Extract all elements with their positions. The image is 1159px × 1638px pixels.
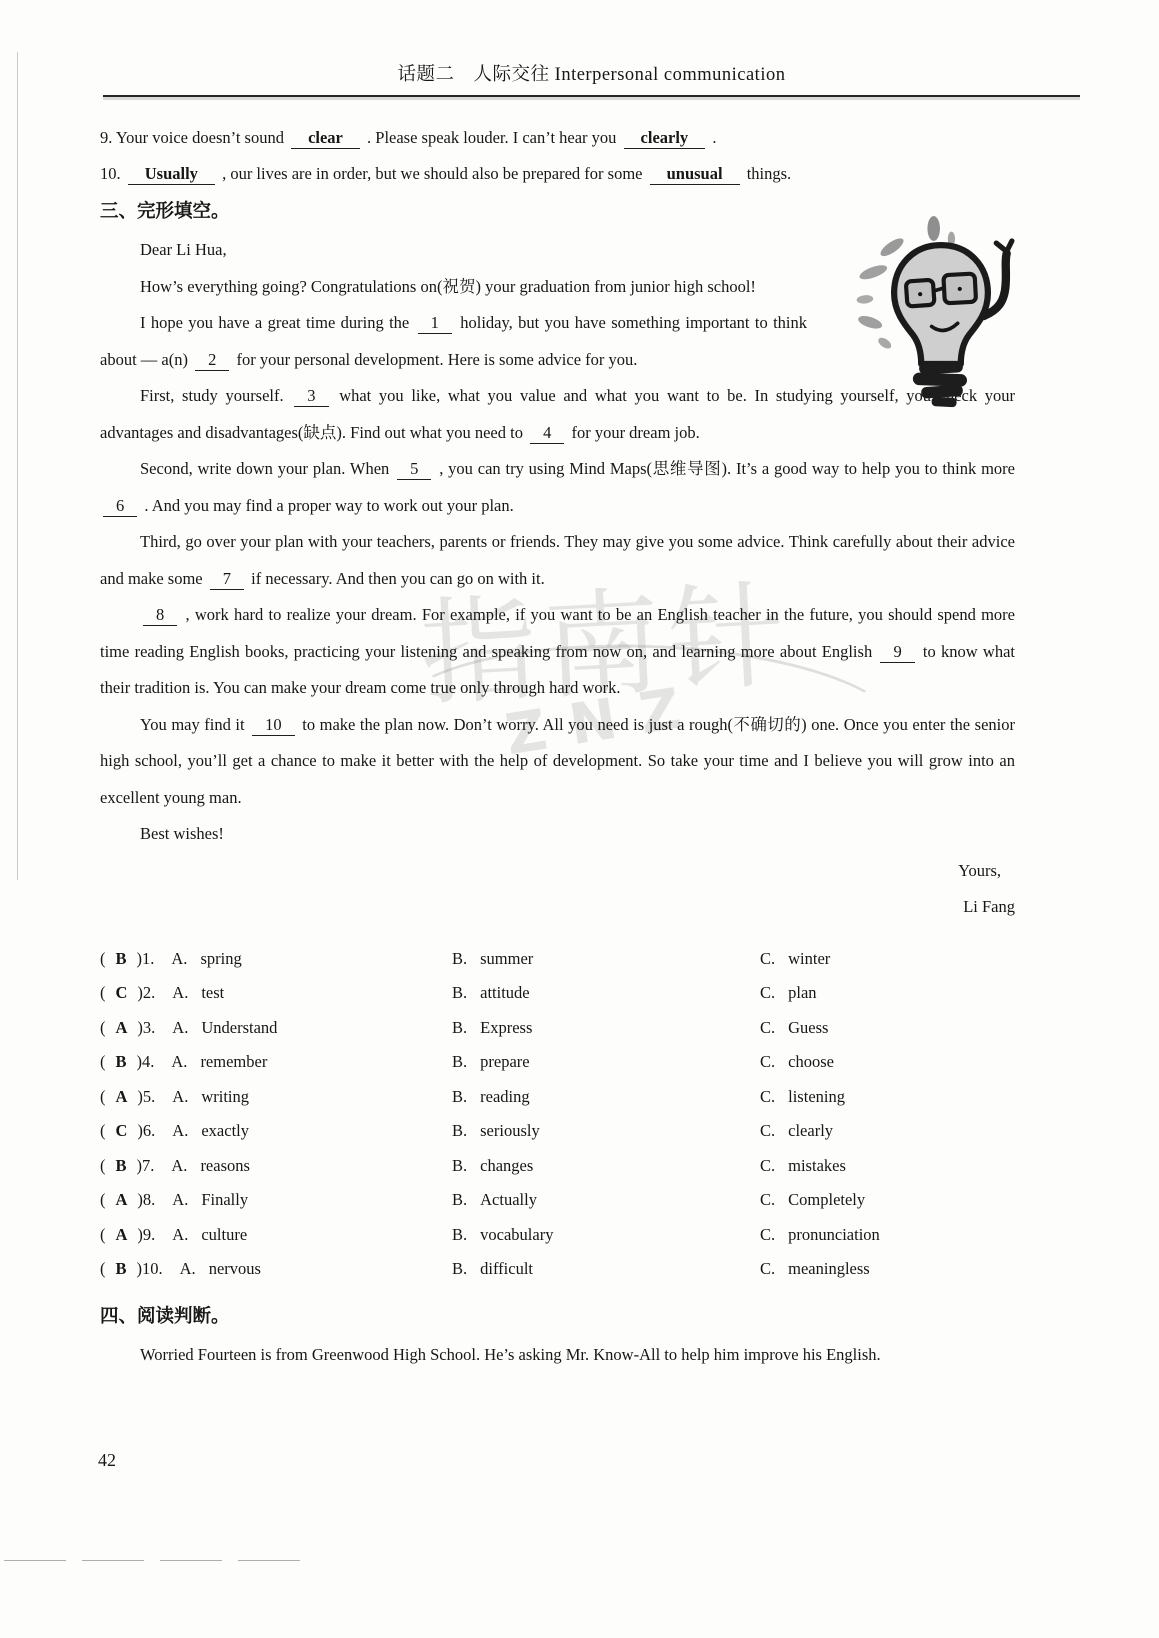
option-letter: B. <box>452 1156 467 1175</box>
answer-cell-b: B.seriously <box>452 1114 760 1149</box>
answer-cell-b: B.difficult <box>452 1252 760 1287</box>
option-text: attitude <box>480 983 529 1002</box>
letter-paragraph: How’s everything going? Congratulations … <box>100 269 807 306</box>
answer-cell-b: B.Express <box>452 1011 760 1046</box>
option-text: clearly <box>788 1121 833 1140</box>
lightbulb-icon <box>852 216 1030 414</box>
option-text: nervous <box>209 1259 261 1278</box>
letter-paragraph: 8 , work hard to realize your dream. For… <box>100 597 1015 707</box>
answer-cell-c: C.plan <box>760 976 1015 1011</box>
filled-blank-answer: unusual <box>650 164 740 185</box>
option-letter: C. <box>760 1018 775 1037</box>
answer-cell-a: (A)3.A.Understand <box>100 1011 452 1046</box>
answer-cell-c: C.Guess <box>760 1011 1015 1046</box>
cloze-answer-row: (B)4.A.rememberB.prepareC.choose <box>100 1045 1015 1080</box>
cloze-answer-options: (B)1.A.springB.summerC.winter(C)2.A.test… <box>100 942 1015 1287</box>
question-number: 6. <box>143 1121 155 1140</box>
answer-cell-a: (A)8.A.Finally <box>100 1183 452 1218</box>
option-text: changes <box>480 1156 533 1175</box>
letter-closing: Best wishes! <box>100 816 1015 853</box>
question-number: 4. <box>142 1052 154 1071</box>
option-text: culture <box>201 1225 247 1244</box>
option-letter: A. <box>180 1259 196 1278</box>
answer-cell-b: B.prepare <box>452 1045 760 1080</box>
option-letter: C. <box>760 1190 775 1209</box>
answer-cell-a: (B)1.A.spring <box>100 942 452 977</box>
marked-answer: B <box>116 1259 127 1278</box>
answer-cell-a: (B)7.A.reasons <box>100 1149 452 1184</box>
reading-section-heading: 四、阅读判断。 <box>100 1301 1015 1333</box>
answer-cell-c: C.listening <box>760 1080 1015 1115</box>
option-letter: B. <box>452 1052 467 1071</box>
numbered-blank: 1 <box>418 313 452 334</box>
letter-paragraph: I hope you have a great time during the … <box>100 305 807 378</box>
option-text: Finally <box>201 1190 248 1209</box>
option-letter: C. <box>760 1052 775 1071</box>
option-letter: A. <box>172 1087 188 1106</box>
numbered-blank: 9 <box>880 642 914 663</box>
page-number: 42 <box>98 1450 116 1471</box>
option-text: writing <box>201 1087 249 1106</box>
option-letter: B. <box>452 1087 467 1106</box>
option-letter: B. <box>452 983 467 1002</box>
option-text: Express <box>480 1018 532 1037</box>
option-letter: A. <box>171 1156 187 1175</box>
option-text: plan <box>788 983 816 1002</box>
option-text: mistakes <box>788 1156 846 1175</box>
option-text: Understand <box>201 1018 277 1037</box>
option-text: seriously <box>480 1121 540 1140</box>
option-letter: A. <box>172 1190 188 1209</box>
cloze-answer-row: (A)5.A.writingB.readingC.listening <box>100 1080 1015 1115</box>
numbered-blank: 5 <box>397 459 431 480</box>
numbered-blank: 7 <box>210 569 244 590</box>
scan-bottom-line <box>4 1560 306 1561</box>
question-number: 8. <box>143 1190 155 1209</box>
answer-cell-c: C.meaningless <box>760 1252 1015 1287</box>
numbered-blank: 2 <box>195 350 229 371</box>
fill-in-question-9: 9. Your voice doesn’t sound clear . Plea… <box>100 120 1015 156</box>
option-text: pronunciation <box>788 1225 880 1244</box>
option-text: winter <box>788 949 830 968</box>
question-number: 2. <box>143 983 155 1002</box>
option-letter: C. <box>760 1225 775 1244</box>
cloze-answer-row: (A)9.A.cultureB.vocabularyC.pronunciatio… <box>100 1218 1015 1253</box>
option-text: reasons <box>200 1156 249 1175</box>
workbook-page: 话题二 人际交往 Interpersonal communication 指南针… <box>0 0 1159 1638</box>
scan-edge-line <box>17 52 18 880</box>
option-letter: C. <box>760 1087 775 1106</box>
option-letter: C. <box>760 1121 775 1140</box>
answer-cell-a: (B)4.A.remember <box>100 1045 452 1080</box>
option-letter: C. <box>760 1156 775 1175</box>
cloze-answer-row: (A)8.A.FinallyB.ActuallyC.Completely <box>100 1183 1015 1218</box>
option-letter: C. <box>760 983 775 1002</box>
cloze-answer-row: (B)10.A.nervousB.difficultC.meaningless <box>100 1252 1015 1287</box>
filled-blank-answer: clearly <box>624 128 706 149</box>
cloze-letter: Dear Li Hua, How’s everything going? Con… <box>100 232 1015 926</box>
option-letter: B. <box>452 949 467 968</box>
marked-answer: A <box>116 1018 128 1037</box>
question-number: 3. <box>143 1018 155 1037</box>
option-text: prepare <box>480 1052 529 1071</box>
page-content: 9. Your voice doesn’t sound clear . Plea… <box>100 120 1015 1373</box>
option-text: choose <box>788 1052 834 1071</box>
marked-answer: B <box>116 1052 127 1071</box>
letter-paragraph: Third, go over your plan with your teach… <box>100 524 1015 597</box>
option-text: Actually <box>480 1190 537 1209</box>
option-text: reading <box>480 1087 529 1106</box>
answer-cell-c: C.pronunciation <box>760 1218 1015 1253</box>
cloze-answer-row: (B)1.A.springB.summerC.winter <box>100 942 1015 977</box>
option-letter: A. <box>172 983 188 1002</box>
letter-signature: Li Fang <box>100 889 1015 926</box>
option-text: test <box>201 983 224 1002</box>
letter-paragraph: Second, write down your plan. When 5 , y… <box>100 451 1015 524</box>
option-text: meaningless <box>788 1259 870 1278</box>
letter-signoff: Yours, <box>100 853 1015 890</box>
option-text: Completely <box>788 1190 865 1209</box>
marked-answer: A <box>116 1087 128 1106</box>
option-letter: B. <box>452 1225 467 1244</box>
question-number: 1. <box>142 949 154 968</box>
option-letter: B. <box>452 1018 467 1037</box>
marked-answer: A <box>116 1190 128 1209</box>
option-text: vocabulary <box>480 1225 553 1244</box>
option-letter: C. <box>760 949 775 968</box>
numbered-blank: 10 <box>252 715 295 736</box>
filled-blank-answer: Usually <box>128 164 215 185</box>
question-number: 9. <box>143 1225 155 1244</box>
filled-blank-answer: clear <box>291 128 360 149</box>
answer-cell-a: (B)10.A.nervous <box>100 1252 452 1287</box>
answer-cell-a: (A)5.A.writing <box>100 1080 452 1115</box>
answer-cell-b: B.summer <box>452 942 760 977</box>
marked-answer: C <box>116 983 128 1002</box>
answer-cell-b: B.attitude <box>452 976 760 1011</box>
option-letter: A. <box>172 1018 188 1037</box>
cloze-answer-row: (B)7.A.reasonsB.changesC.mistakes <box>100 1149 1015 1184</box>
marked-answer: B <box>116 1156 127 1175</box>
option-letter: B. <box>452 1259 467 1278</box>
fill-in-question-10: 10. Usually , our lives are in order, bu… <box>100 156 1015 192</box>
option-text: summer <box>480 949 533 968</box>
answer-cell-a: (A)9.A.culture <box>100 1218 452 1253</box>
cloze-answer-row: (C)2.A.testB.attitudeC.plan <box>100 976 1015 1011</box>
reading-intro-text: Worried Fourteen is from Greenwood High … <box>100 1337 1015 1373</box>
answer-cell-b: B.changes <box>452 1149 760 1184</box>
answer-cell-a: (C)2.A.test <box>100 976 452 1011</box>
option-letter: B. <box>452 1190 467 1209</box>
answer-cell-b: B.Actually <box>452 1183 760 1218</box>
option-letter: A. <box>172 1225 188 1244</box>
numbered-blank: 6 <box>103 496 137 517</box>
marked-answer: C <box>116 1121 128 1140</box>
page-header-title: 话题二 人际交往 Interpersonal communication <box>103 60 1080 97</box>
answer-cell-c: C.mistakes <box>760 1149 1015 1184</box>
answer-cell-c: C.Completely <box>760 1183 1015 1218</box>
answer-cell-a: (C)6.A.exactly <box>100 1114 452 1149</box>
option-text: exactly <box>201 1121 249 1140</box>
option-text: remember <box>200 1052 267 1071</box>
option-letter: A. <box>171 1052 187 1071</box>
option-letter: A. <box>172 1121 188 1140</box>
option-letter: C. <box>760 1259 775 1278</box>
answer-cell-c: C.winter <box>760 942 1015 977</box>
answer-cell-b: B.vocabulary <box>452 1218 760 1253</box>
marked-answer: B <box>116 949 127 968</box>
answer-cell-c: C.choose <box>760 1045 1015 1080</box>
numbered-blank: 8 <box>143 605 177 626</box>
option-text: listening <box>788 1087 845 1106</box>
question-number: 7. <box>142 1156 154 1175</box>
question-number: 10. <box>142 1259 163 1278</box>
cloze-answer-row: (A)3.A.UnderstandB.ExpressC.Guess <box>100 1011 1015 1046</box>
option-text: Guess <box>788 1018 828 1037</box>
option-letter: B. <box>452 1121 467 1140</box>
option-text: spring <box>200 949 241 968</box>
fill-in-section: 9. Your voice doesn’t sound clear . Plea… <box>100 120 1015 192</box>
question-number: 5. <box>143 1087 155 1106</box>
answer-cell-c: C.clearly <box>760 1114 1015 1149</box>
option-letter: A. <box>171 949 187 968</box>
marked-answer: A <box>116 1225 128 1244</box>
numbered-blank: 3 <box>294 386 328 407</box>
letter-salutation: Dear Li Hua, <box>100 232 807 269</box>
option-text: difficult <box>480 1259 533 1278</box>
numbered-blank: 4 <box>530 423 564 444</box>
letter-paragraph: You may find it 10 to make the plan now.… <box>100 707 1015 817</box>
cloze-answer-row: (C)6.A.exactlyB.seriouslyC.clearly <box>100 1114 1015 1149</box>
answer-cell-b: B.reading <box>452 1080 760 1115</box>
